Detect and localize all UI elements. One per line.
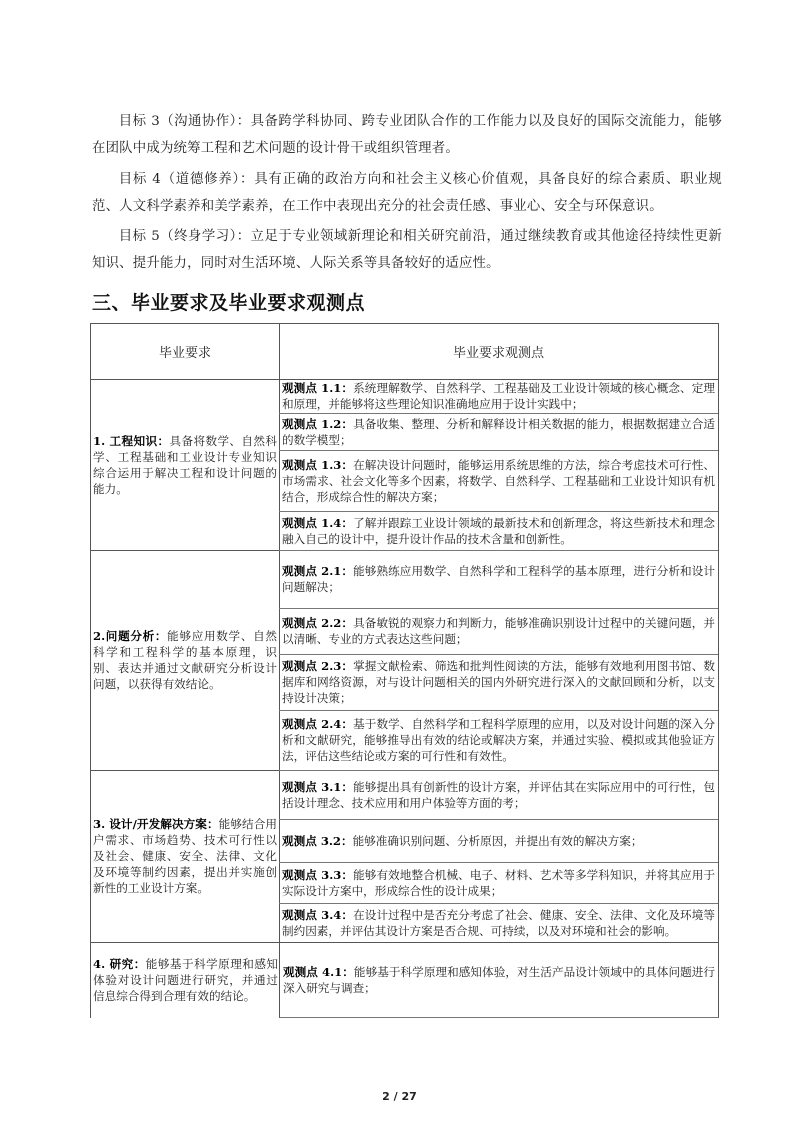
observation-2-3: 观测点 2.3：掌握文献检索、筛选和批判性阅读的方法，能够有效地利用图书馆、数据… (279, 654, 719, 711)
observation-2-1: 观测点 2.1：能够熟练应用数学、自然科学和工程科学的基本原理，进行分析和设计问… (279, 550, 719, 609)
requirement-cell-4: 4. 研究：能够基于科学原理和感知体验对设计问题进行研究，并通过信息综合得到合理… (90, 942, 280, 1018)
observation-label: 观测点 3.1： (282, 780, 353, 794)
observation-2-2: 观测点 2.2：具备敏锐的观察力和判断力，能够准确识别设计过程中的关键问题，并以… (279, 608, 719, 655)
goal-4-label: 目标 4（道德修养）： (119, 172, 254, 187)
observation-1-4: 观测点 1.4：了解并跟踪工业设计领域的最新技术和创新理念，将这些新技术和理念融… (279, 511, 719, 551)
requirement-cell-3: 3. 设计/开发解决方案：能够结合用户需求、市场趋势、技术可行性以及社会、健康、… (90, 770, 280, 943)
observation-1-3: 观测点 1.3：在解决设计问题时，能够运用系统思维的方法，综合考虑技术可行性、市… (279, 450, 719, 512)
requirement-title: 1. 工程知识： (93, 434, 169, 448)
requirement-title: 3. 设计/开发解决方案： (93, 817, 219, 831)
observation-3-2: 观测点 3.2：能够准确识别问题、分析原因，并提出有效的解决方案； (279, 819, 719, 863)
observation-1-1: 观测点 1.1：系统理解数学、自然科学、工程基础及工业设计领域的核心概念、定理和… (279, 379, 719, 414)
observation-label: 观测点 3.4： (282, 908, 353, 922)
section-heading: 三、毕业要求及毕业要求观测点 (92, 288, 365, 315)
goal-5-paragraph: 目标 5（终身学习）：立足于专业领域新理论和相关研究前沿，通过继续教育或其他途径… (92, 223, 722, 277)
observation-label: 观测点 4.1： (283, 965, 354, 979)
goal-4-paragraph: 目标 4（道德修养）：具有正确的政治方向和社会主义核心价值观，具备良好的综合素质… (92, 166, 722, 220)
observation-label: 观测点 1.3： (282, 458, 353, 472)
observation-label: 观测点 3.2： (282, 834, 353, 848)
observation-2-4: 观测点 2.4：基于数学、自然科学和工程科学原理的应用，以及对设计问题的深入分析… (279, 710, 719, 771)
header-requirement: 毕业要求 (90, 323, 280, 380)
observation-label: 观测点 1.1： (282, 381, 353, 395)
observation-3-4: 观测点 3.4：在设计过程中是否充分考虑了社会、健康、安全、法律、文化及环境等制… (279, 903, 719, 943)
page-number: 2 / 27 (0, 1090, 799, 1103)
observation-label: 观测点 2.4： (282, 717, 353, 731)
requirement-cell-1: 1. 工程知识：具备将数学、自然科学、工程基础和工业设计专业知识综合运用于解决工… (90, 379, 280, 551)
requirement-title: 4. 研究： (93, 957, 146, 971)
observation-label: 观测点 1.4： (282, 516, 353, 530)
observation-3-1: 观测点 3.1：能够提出具有创新性的设计方案，并评估其在实际应用中的可行性，包括… (279, 770, 719, 820)
goal-5-label: 目标 5（终身学习）： (119, 229, 251, 244)
observation-4-1: 观测点 4.1：能够基于科学原理和感知体验，对生活产品设计领域中的具体问题进行深… (279, 942, 719, 1018)
goal-3-label: 目标 3（沟通协作）： (119, 114, 251, 129)
observation-1-2: 观测点 1.2：具备收集、整理、分析和解释设计相关数据的能力，根据数据建立合适的… (279, 413, 719, 451)
observation-label: 观测点 1.2： (282, 417, 353, 431)
header-observation: 毕业要求观测点 (279, 323, 719, 380)
requirement-cell-2: 2.问题分析：能够应用数学、自然科学和工程科学的基本原理，识别、表达并通过文献研… (90, 550, 280, 771)
requirement-title: 2.问题分析： (93, 629, 167, 643)
observation-3-3: 观测点 3.3：能够有效地整合机械、电子、材料、艺术等多学科知识，并将其应用于实… (279, 862, 719, 904)
goal-3-paragraph: 目标 3（沟通协作）：具备跨学科协同、跨专业团队合作的工作能力以及良好的国际交流… (92, 108, 722, 162)
observation-label: 观测点 3.3： (282, 868, 353, 882)
observation-label: 观测点 2.3： (282, 659, 353, 673)
observation-label: 观测点 2.1： (282, 564, 353, 578)
observation-label: 观测点 2.2： (282, 616, 353, 630)
observation-text: 能够准确识别问题、分析原因，并提出有效的解决方案； (353, 834, 643, 848)
